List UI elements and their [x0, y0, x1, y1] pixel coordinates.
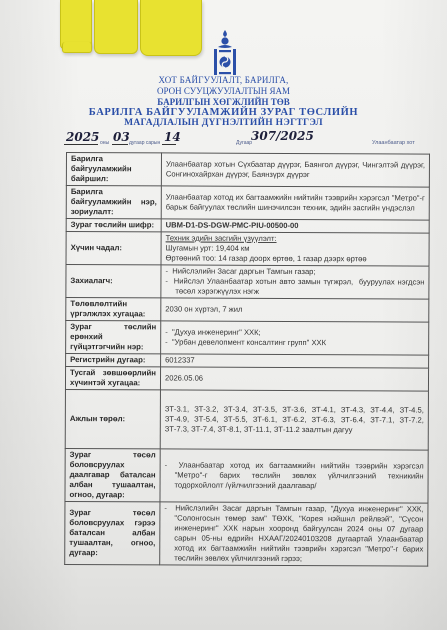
row-label: Тусгай зөвшөөрлийн хүчинтэй хугацаа:	[65, 367, 160, 390]
row-label: Зураг төслийн шифр:	[66, 219, 161, 232]
document-title-line2: МАГАДЛАЛЫН ДҮГНЭЛТИЙН НЭГТГЭЛ	[0, 118, 447, 128]
row-label: Ажлын төрөл:	[65, 389, 160, 448]
row-value: Техник эдийн засгийн үзүүлэлт: Шугамын у…	[161, 232, 429, 266]
date-and-number-line: 2025 оны 03 дугаар сарын 14 Дугаар 307/2…	[0, 130, 447, 150]
list-item: Нийслэл Улаанбаатар хотын авто замын түг…	[165, 276, 424, 297]
row-label: Хүчин чадал:	[66, 232, 161, 265]
row-label: Зураг төслийн ерөнхий гүйцэтгэгчийн нэр:	[66, 321, 161, 354]
table-row: Зураг төсөл боловсруулах даалгавар батал…	[65, 448, 428, 503]
row-label: Төлөвлөлтийн үргэлжлэх хугацаа:	[66, 298, 161, 321]
table-row: Зураг төсөл боловсруулах гэрээ баталсан …	[65, 501, 428, 566]
number-label: Дугаар	[236, 140, 252, 146]
row-label: Барилга байгууламжийн нэр, зориулалт:	[66, 186, 161, 219]
row-value: Улаанбаатар хотод их багтаамжийн нийтийн…	[160, 449, 428, 503]
table-row: Барилга байгууламжийн байршил: Улаанбаат…	[66, 153, 429, 188]
soyombo-emblem-icon	[211, 30, 239, 76]
conclusion-table: Барилга байгууламжийн байршил: Улаанбаат…	[64, 152, 430, 567]
table-row: Тусгай зөвшөөрлийн хүчинтэй хугацаа: 202…	[65, 367, 428, 392]
work-types: ЗТ-3.1, ЗТ-3.2, ЗТ-3.4, ЗТ-3.5, ЗТ-3.6, …	[160, 390, 428, 450]
row-label: Захиалагч:	[66, 265, 161, 298]
handwritten-day: 14	[164, 130, 181, 144]
ministry-name-line1: ХОТ БАЙГУУЛАЛТ, БАРИЛГА,	[0, 75, 447, 85]
table-row: Захиалагч: Нийслэлийн Засаг даргын Тамгы…	[66, 265, 429, 300]
list-item: Нийслэлийн Засаг даргын Тамгын газар, "Д…	[164, 503, 423, 564]
row-value: Нийслэлийн Засаг даргын Тамгын газар; Ни…	[161, 265, 429, 299]
row-value: Нийслэлийн Засаг даргын Тамгын газар, "Д…	[160, 502, 428, 566]
project-code: UBM-D1-DS-DGW-PMC-PIU-00500-00	[161, 219, 429, 233]
row-value: 2030 он хүртэл, 7 жил	[161, 298, 429, 322]
row-label: Регистрийн дугаар:	[66, 354, 161, 367]
row-value: Улаанбаатар хотын Сүхбаатар дүүрэг, Баян…	[161, 153, 429, 187]
month-suffix: дугаар сарын	[129, 140, 160, 146]
document-title-line1: БАРИЛГА БАЙГУУЛАМЖИЙН ЗУРАГ ТӨСЛИЙН	[0, 107, 447, 118]
row-value: Улаанбаатар хотод их багтаамжийн нийтийн…	[161, 186, 429, 220]
row-label: Зураг төсөл боловсруулах даалгавар батал…	[65, 448, 160, 501]
row-value: "Духуа инженеринг" ХХК; "Урбан девелопме…	[161, 321, 429, 355]
license-expiry: 2026.05.06	[160, 367, 428, 391]
list-item: Улаанбаатар хотод их багтаамжийн нийтийн…	[165, 460, 424, 491]
yellow-binder-clip	[60, 0, 200, 55]
table-row: Төлөвлөлтийн үргэлжлэх хугацаа: 2030 он …	[66, 298, 429, 323]
table-row: Ажлын төрөл: ЗТ-3.1, ЗТ-3.2, ЗТ-3.4, ЗТ-…	[65, 389, 428, 450]
row-label: Барилга байгууламжийн байршил:	[66, 153, 161, 186]
row-label: Зураг төсөл боловсруулах гэрээ баталсан …	[65, 501, 160, 564]
place: Улаанбаатар хот	[372, 140, 415, 146]
station-count: Өртөөний тоо: 14 газар доорх өртөө, 1 га…	[166, 253, 425, 264]
handwritten-year: 2025	[66, 130, 99, 144]
center-name: БАРИЛГЫН ХӨГЖЛИЙН ТӨВ	[0, 97, 447, 107]
list-item: "Урбан девелопмент консалтинг групп" ХХК	[165, 337, 424, 348]
table-row: Хүчин чадал: Техник эдийн засгийн үзүүлэ…	[66, 232, 429, 267]
handwritten-number: 307/2025	[251, 129, 314, 143]
ministry-name-line2: ОРОН СУУЦЖУУЛАЛТЫН ЯАМ	[0, 86, 447, 96]
year-suffix: оны	[100, 140, 109, 146]
table-row: Барилга байгууламжийн нэр, зориулалт: Ул…	[66, 186, 429, 221]
registration-number: 6012337	[161, 354, 429, 368]
table-row: Зураг төслийн ерөнхий гүйцэтгэгчийн нэр:…	[66, 321, 429, 356]
handwritten-month: 03	[113, 130, 130, 144]
